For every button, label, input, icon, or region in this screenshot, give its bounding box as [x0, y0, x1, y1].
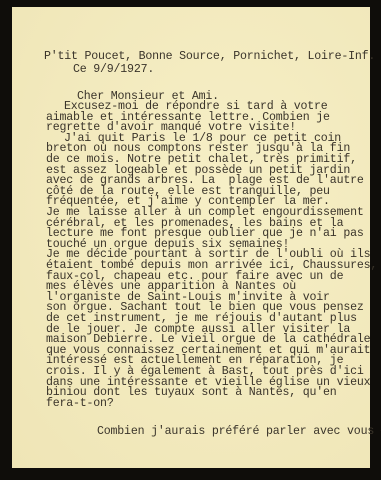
header-address: P'tit Poucet, Bonne Source, Pornichet, L…	[44, 50, 375, 63]
header-date: Ce 9/9/1927.	[73, 63, 154, 76]
closing-line: Combien j'aurais préféré parler avec vou…	[70, 412, 381, 451]
closing-text: Combien j'aurais préféré parler avec vou…	[97, 425, 381, 438]
letter-text: P'tit Poucet, Bonne Source, Pornichet, L…	[0, 0, 14, 91]
body-line: fera-t-on?	[46, 397, 114, 410]
